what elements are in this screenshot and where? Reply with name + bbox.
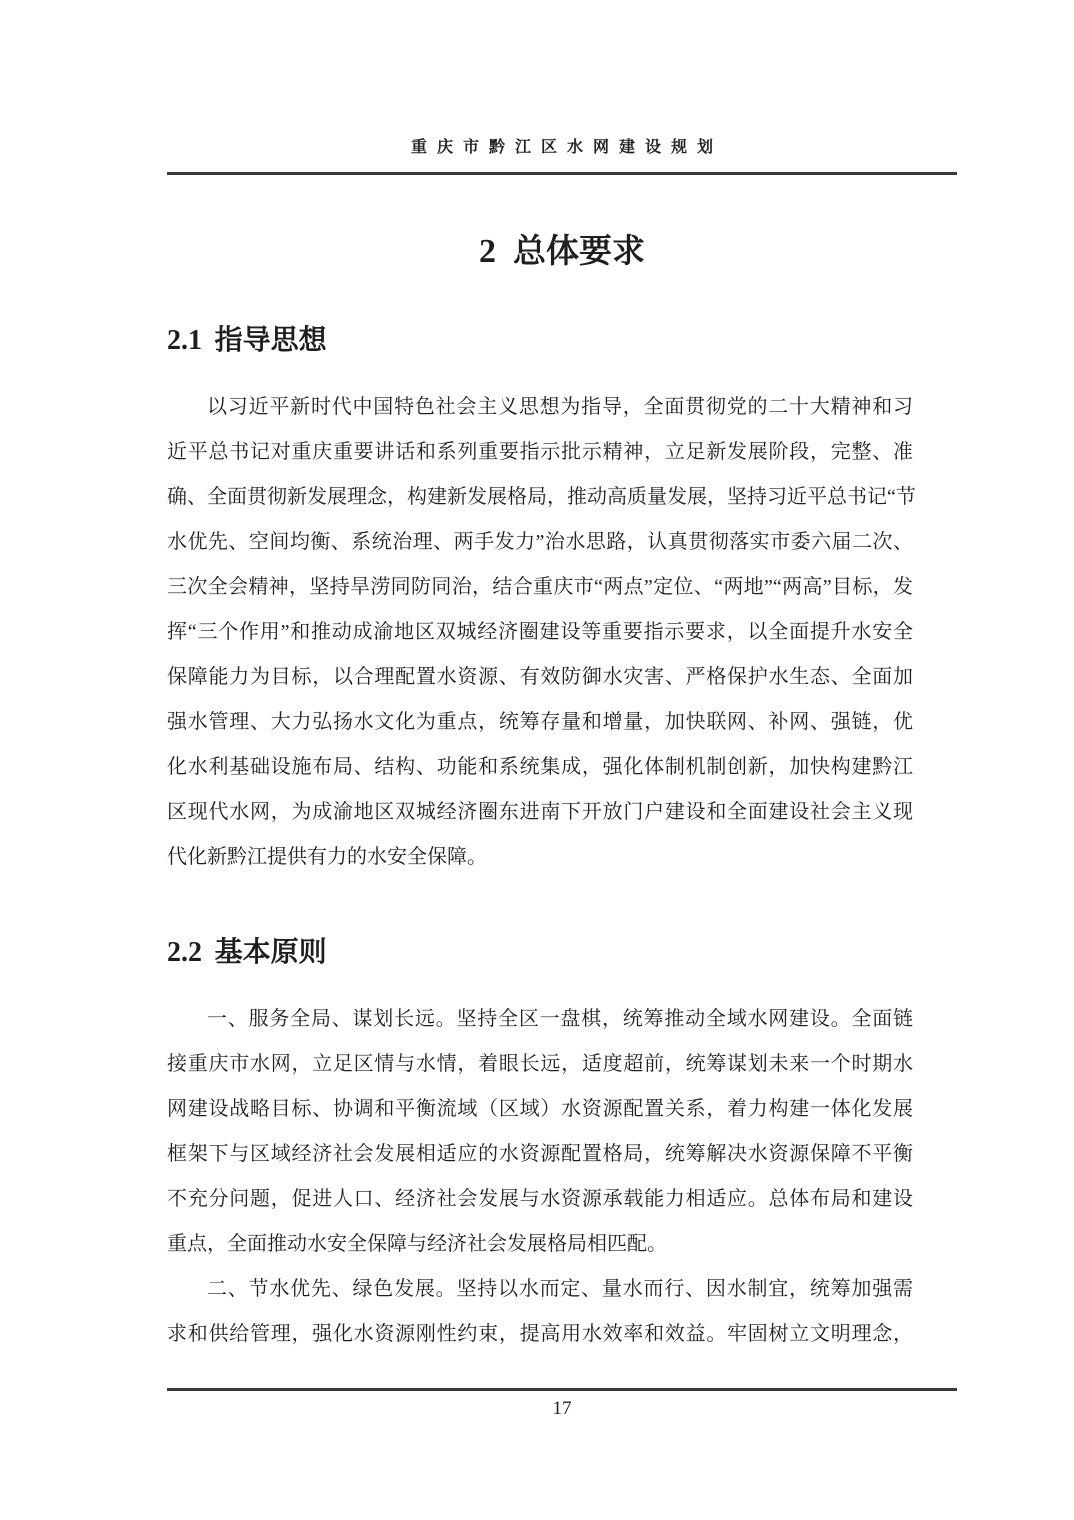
body-text-line: 保障能力为目标，以合理配置水资源、有效防御水灾害、严格保护水生态、全面加 (167, 655, 913, 700)
chapter-title-text: 总体要求 (513, 232, 645, 269)
body-text-line: 近平总书记对重庆重要讲话和系列重要指示批示精神，立足新发展阶段，完整、准 (167, 430, 913, 475)
body-text-line: 强水管理、大力弘扬水文化为重点，统筹存量和增量，加快联网、补网、强链，优 (167, 700, 913, 745)
section-heading-2-1: 2.1指导思想 (167, 320, 957, 362)
paragraph: 以习近平新时代中国特色社会主义思想为指导，全面贯彻党的二十大精神和习 近平总书记… (167, 385, 913, 880)
body-text-line: 以习近平新时代中国特色社会主义思想为指导，全面贯彻党的二十大精神和习 (167, 385, 913, 430)
running-header-title: 重庆市黔江区水网建设规划 (411, 139, 723, 156)
body-text-line: 三次全会精神，坚持旱涝同防同治，结合重庆市“两点”定位、“两地”“两高”目标，发 (167, 565, 913, 610)
body-text-line: 化水利基础设施布局、结构、功能和系统集成，强化体制机制创新，加快构建黔江 (167, 745, 913, 790)
body-text-line: 确、全面贯彻新发展理念，构建新发展格局，推动高质量发展，坚持习近平总书记“节 (167, 475, 913, 520)
page-content: 重庆市黔江区水网建设规划 2总体要求 2.1指导思想 以习近平新时代中国特色社会… (167, 0, 957, 1357)
document-page: 重庆市黔江区水网建设规划 2总体要求 2.1指导思想 以习近平新时代中国特色社会… (0, 0, 1074, 1520)
body-text-line: 水优先、空间均衡、系统治理、两手发力”治水思路，认真贯彻落实市委六届二次、 (167, 520, 913, 565)
section-title-text: 基本原则 (215, 936, 327, 967)
section-number: 2.2 (167, 937, 202, 968)
body-text-line: 不充分问题，促进人口、经济社会发展与水资源承载能力相适应。总体布局和建设 (167, 1177, 913, 1222)
body-text-line: 框架下与区域经济社会发展相适应的水资源配置格局，统筹解决水资源保障不平衡 (167, 1132, 913, 1177)
chapter-number: 2 (479, 233, 496, 270)
paragraph: 二、节水优先、绿色发展。坚持以水而定、量水而行、因水制宜，统筹加强需 求和供给管… (167, 1267, 913, 1357)
running-header: 重庆市黔江区水网建设规划 (167, 0, 957, 175)
body-text-line: 求和供给管理，强化水资源刚性约束，提高用水效率和效益。牢固树立文明理念， (167, 1312, 913, 1357)
page-number: 17 (167, 1398, 957, 1420)
body-text-line: 接重庆市水网，立足区情与水情，着眼长远，适度超前，统筹谋划未来一个时期水 (167, 1042, 913, 1087)
section-title-text: 指导思想 (215, 324, 327, 355)
section-heading-2-2: 2.2基本原则 (167, 932, 957, 974)
body-text-line: 一、服务全局、谋划长远。坚持全区一盘棋，统筹推动全域水网建设。全面链 (167, 997, 913, 1042)
body-text-line: 代化新黔江提供有力的水安全保障。 (167, 835, 913, 880)
body-text-line: 挥“三个作用”和推动成渝地区双城经济圈建设等重要指示要求，以全面提升水安全 (167, 610, 913, 655)
body-text-line: 二、节水优先、绿色发展。坚持以水而定、量水而行、因水制宜，统筹加强需 (167, 1267, 913, 1312)
body-text-line: 重点，全面推动水安全保障与经济社会发展格局相匹配。 (167, 1222, 913, 1267)
paragraph: 一、服务全局、谋划长远。坚持全区一盘棋，统筹推动全域水网建设。全面链 接重庆市水… (167, 997, 913, 1267)
body-text-line: 网建设战略目标、协调和平衡流域（区域）水资源配置关系，着力构建一体化发展 (167, 1087, 913, 1132)
page-footer: 17 (167, 1388, 957, 1420)
section-number: 2.1 (167, 325, 202, 356)
body-text-line: 区现代水网，为成渝地区双城经济圈东进南下开放门户建设和全面建设社会主义现 (167, 790, 913, 835)
page-title: 2总体要求 (167, 227, 957, 276)
